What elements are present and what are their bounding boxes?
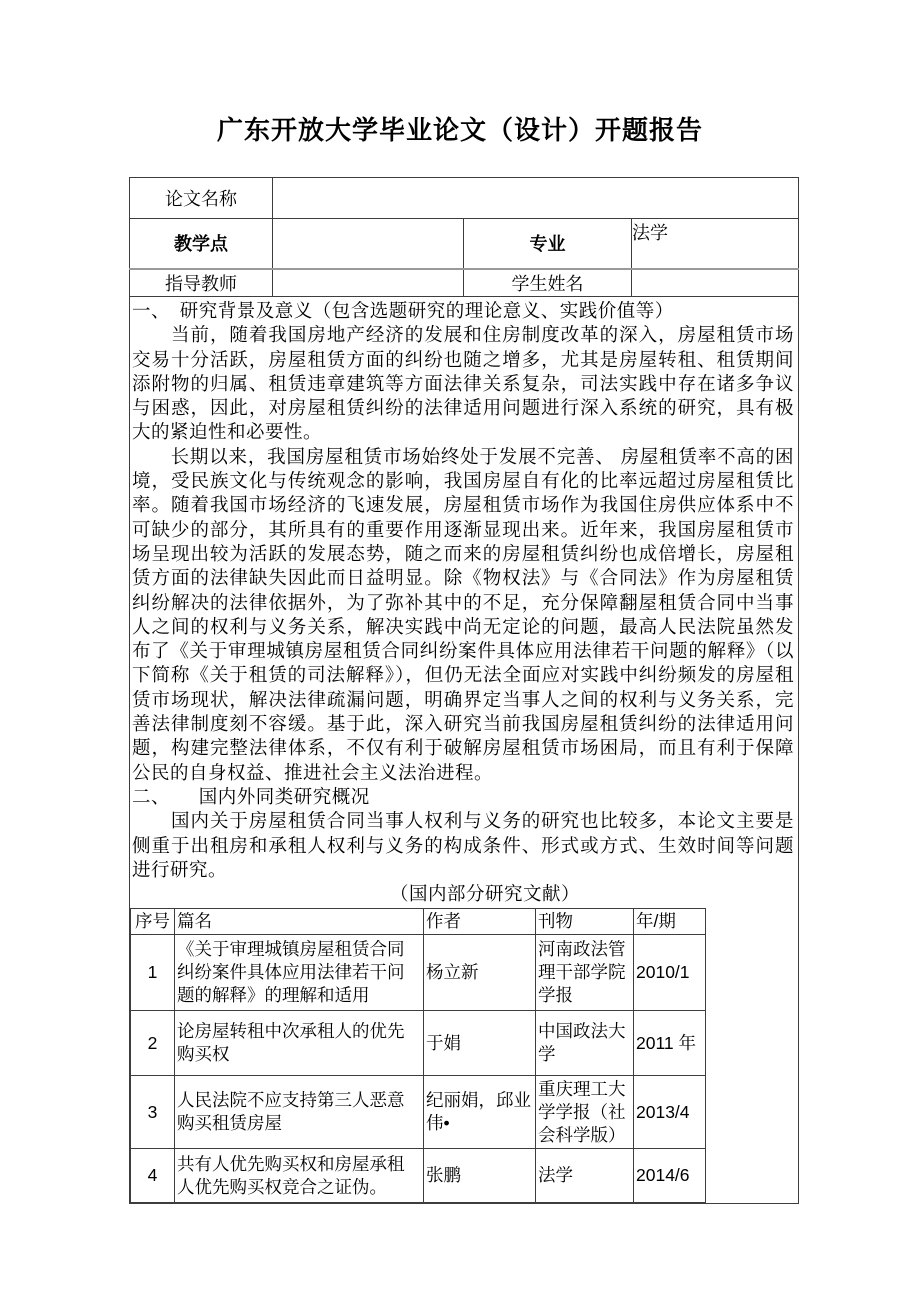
cell-journal: 中国政法大学 [536,1011,634,1076]
literature-table: 序号 篇名 作者 刊物 年/期 1 《关于审理城镇房屋租赁合同纠纷案件具体应用法… [130,908,706,1203]
col-header-title: 篇名 [175,909,424,935]
cell-author: 杨立新 [424,935,536,1011]
thesis-name-label: 论文名称 [130,178,273,219]
thesis-name-value [273,178,799,219]
info-table: 论文名称 教学点 专业 法学 指导教师 学生姓名 一、 研究背景及意义（包含选题… [129,177,799,1204]
report-body-cell: 一、 研究背景及意义（包含选题研究的理论意义、实践价值等） 当前，随着我国房地产… [130,297,799,1204]
table-row: 3 人民法院不应支持第三人恶意购买租赁房屋 纪丽娟，邱业伟• 重庆理工大学学报（… [131,1076,706,1149]
cell-title: 共有人优先购买权和房屋承租人优先购买权竞合之证伪。 [175,1149,424,1203]
cell-author: 于娟 [424,1011,536,1076]
table-row: 2 论房屋转租中次承租人的优先购买权 于娟 中国政法大学 2011 年 [131,1011,706,1076]
col-header-author: 作者 [424,909,536,935]
table-row: 4 共有人优先购买权和房屋承租人优先购买权竞合之证伪。 张鹏 法学 2014/6 [131,1149,706,1203]
major-value: 法学 [632,219,799,269]
cell-year: 2011 年 [634,1011,706,1076]
section-1-paragraph-2: 长期以来，我国房屋租赁市场始终处于发展不完善、 房屋租赁率不高的困境，受民族文化… [132,445,794,785]
cell-title: 《关于审理城镇房屋租赁合同纠纷案件具体应用法律若干问题的解释》的理解和适用 [175,935,424,1011]
cell-no: 4 [131,1149,175,1203]
literature-caption: （国内部分研究文献） [132,882,794,906]
table-row: 1 《关于审理城镇房屋租赁合同纠纷案件具体应用法律若干问题的解释》的理解和适用 … [131,935,706,1011]
cell-year: 2014/6 [634,1149,706,1203]
cell-author: 张鹏 [424,1149,536,1203]
col-header-no: 序号 [131,909,175,935]
cell-title: 论房屋转租中次承租人的优先购买权 [175,1011,424,1076]
cell-title: 人民法院不应支持第三人恶意购买租赁房屋 [175,1076,424,1149]
major-label: 专业 [464,219,632,269]
col-header-journal: 刊物 [536,909,634,935]
cell-year: 2010/1 [634,935,706,1011]
cell-author: 纪丽娟，邱业伟• [424,1076,536,1149]
cell-journal: 河南政法管理干部学院学报 [536,935,634,1011]
report-body: 一、 研究背景及意义（包含选题研究的理论意义、实践价值等） 当前，随着我国房地产… [130,297,798,906]
teaching-point-label: 教学点 [130,219,273,269]
cell-no: 1 [131,935,175,1011]
advisor-label: 指导教师 [130,269,273,297]
cell-journal: 重庆理工大学学报（社会科学版） [536,1076,634,1149]
advisor-value [273,269,464,297]
cell-no: 2 [131,1011,175,1076]
col-header-year: 年/期 [634,909,706,935]
student-name-label: 学生姓名 [464,269,632,297]
student-name-value [632,269,799,297]
section-2-paragraph-1: 国内关于房屋租赁合同当事人权利与义务的研究也比较多，本论文主要是侧重于出租房和承… [132,809,794,882]
section-1-heading: 一、 研究背景及意义（包含选题研究的理论意义、实践价值等） [132,299,794,323]
section-2-heading: 二、 国内外同类研究概况 [132,785,794,809]
cell-journal: 法学 [536,1149,634,1203]
page-title: 广东开放大学毕业论文（设计）开题报告 [0,110,920,147]
cell-no: 3 [131,1076,175,1149]
cell-year: 2013/4 [634,1076,706,1149]
section-1-paragraph-1: 当前，随着我国房地产经济的发展和住房制度改革的深入，房屋租赁市场交易十分活跃，房… [132,323,794,444]
teaching-point-value [273,219,464,269]
